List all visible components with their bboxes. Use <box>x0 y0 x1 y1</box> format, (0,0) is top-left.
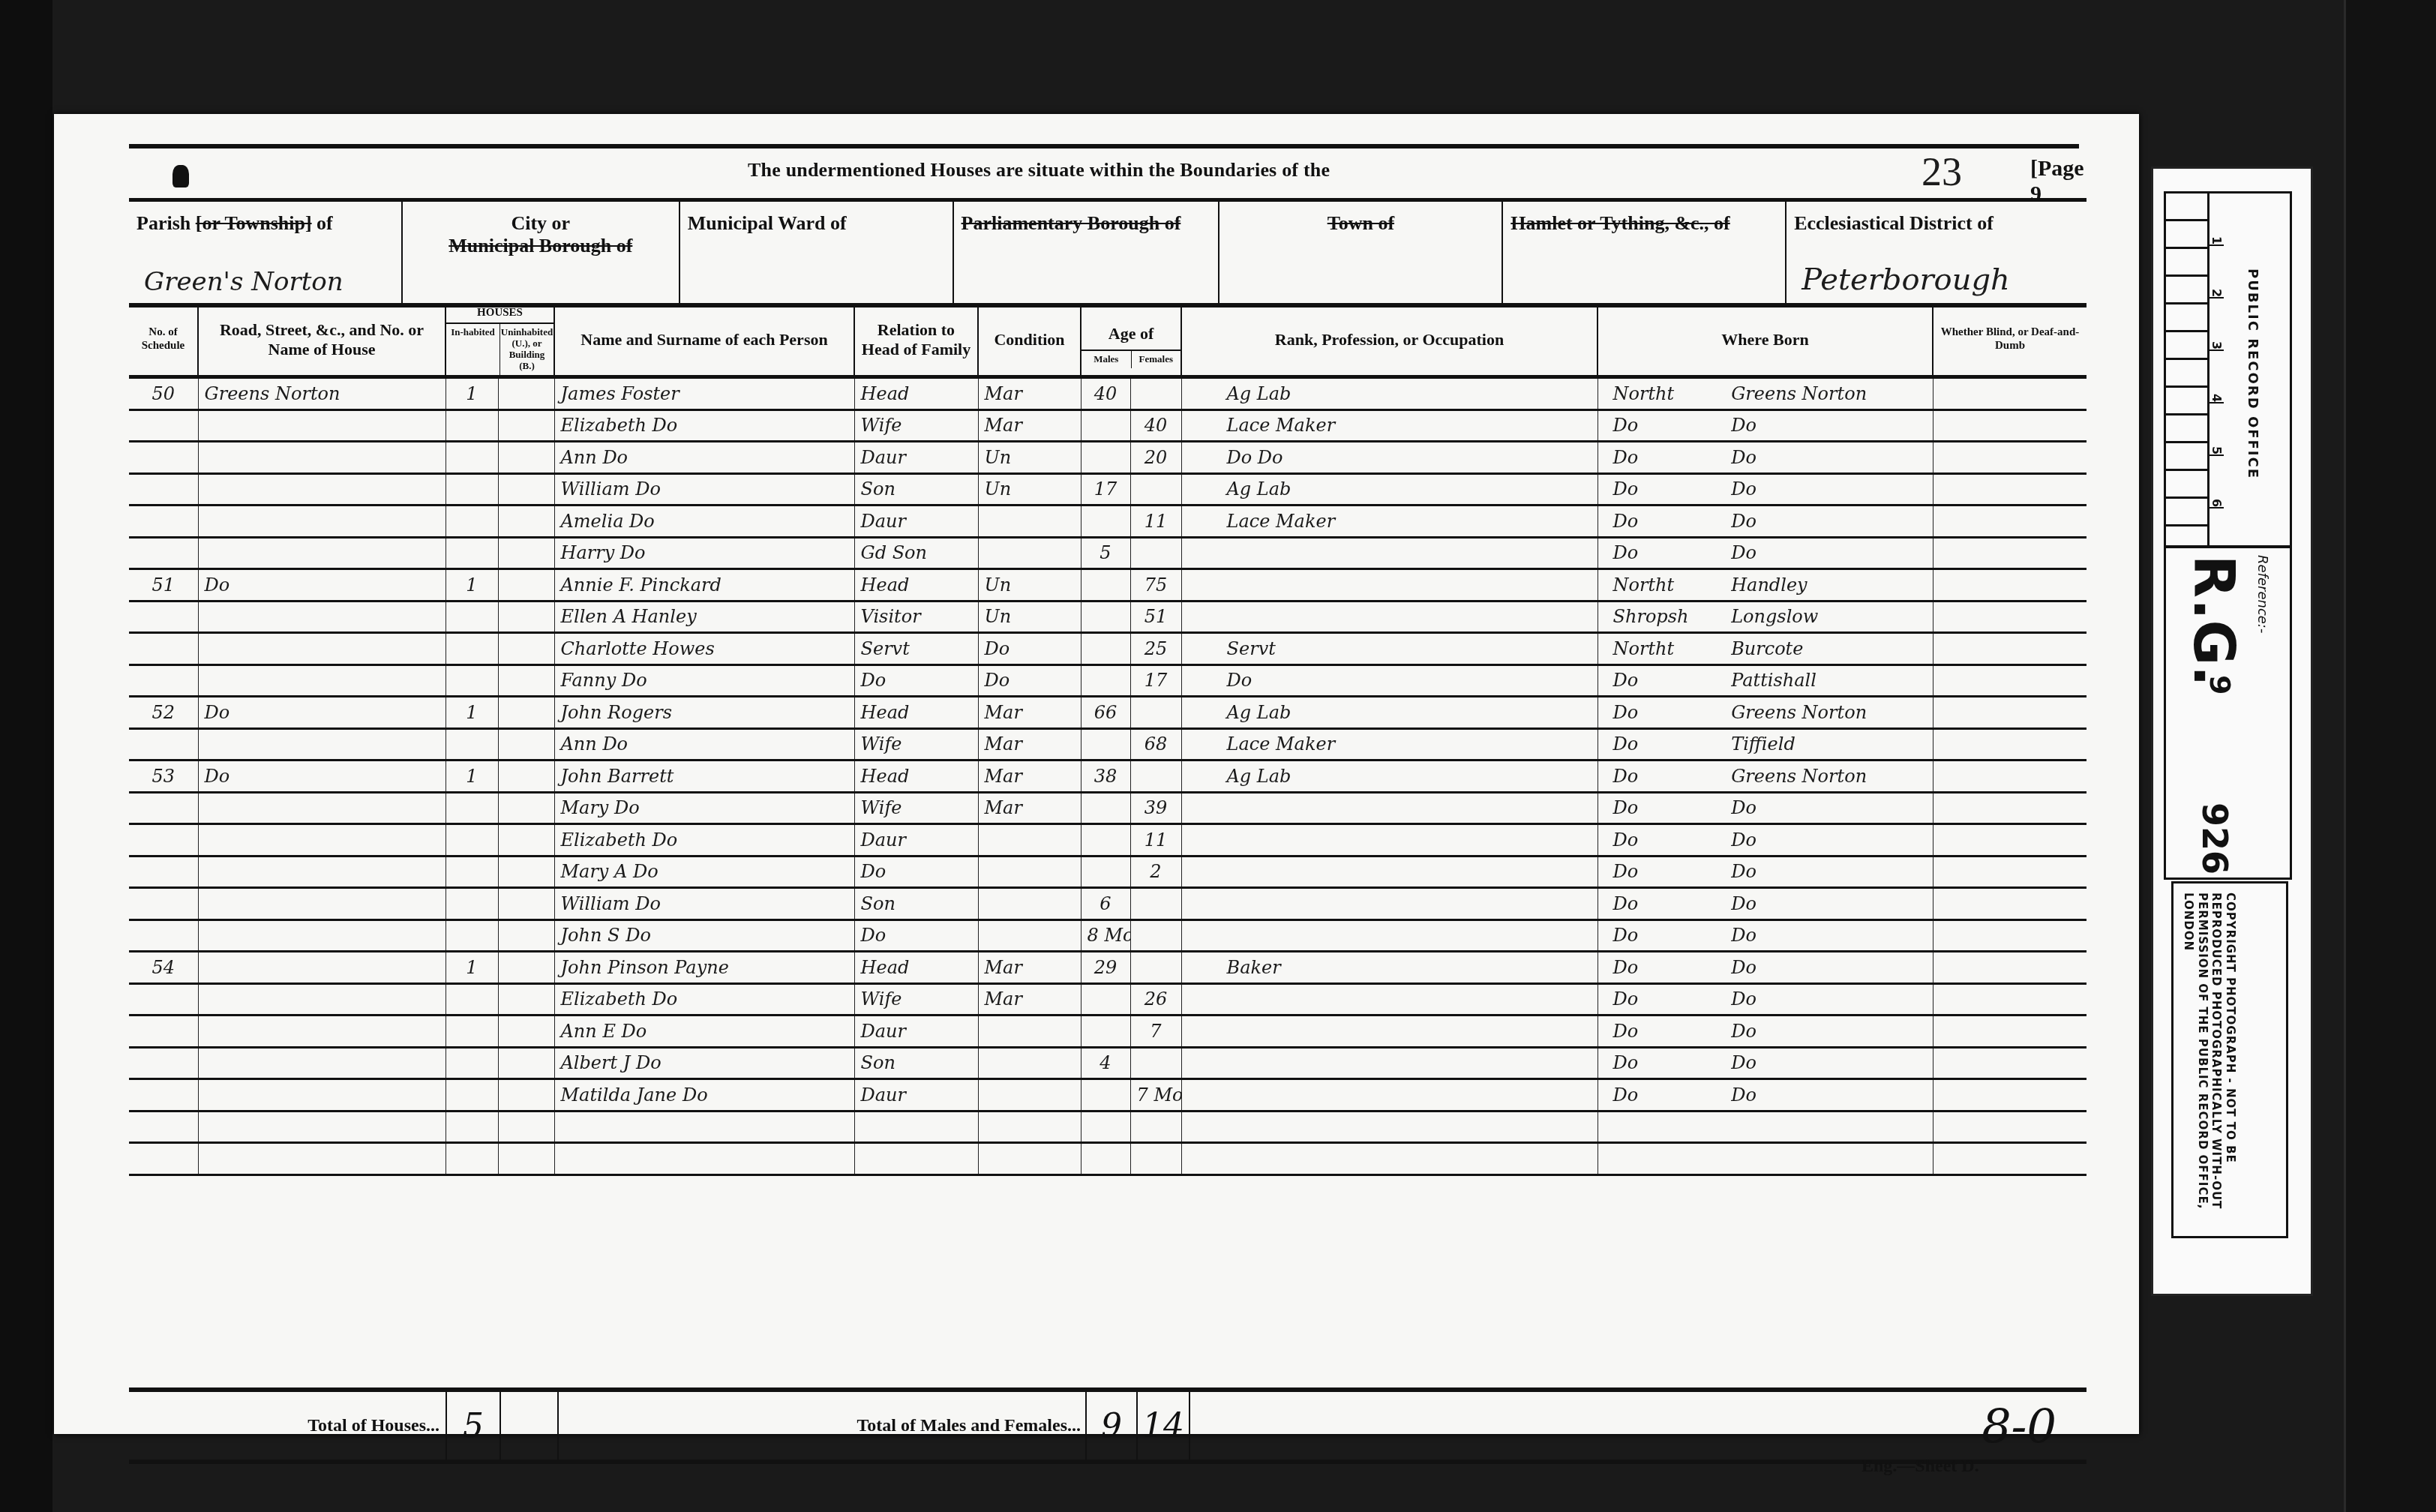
census-row: Ann E Do Daur 7 Do Do <box>129 1015 2086 1048</box>
cell-female-age <box>1130 952 1181 984</box>
ruler-number: 1 <box>2209 193 2224 246</box>
cell-born-county: Do <box>1613 893 1726 914</box>
cell-female-age: 11 <box>1130 824 1181 856</box>
cell-occupation: Ag Lab <box>1181 473 1597 505</box>
cell-male-age: 8 Months <box>1081 919 1130 952</box>
census-row: Ellen A Hanley Visitor Un 51 Shropsh Lon… <box>129 601 2086 633</box>
col-uninhabited: Uninhabited (U.), or Building (B.) <box>500 324 553 375</box>
census-row: Elizabeth Do Wife Mar 40 Lace Maker Do D… <box>129 409 2086 442</box>
cell-uninhabited <box>498 792 554 824</box>
reference-box: Reference:- R.G. 9 926 <box>2164 545 2292 880</box>
cell-female-age: 40 <box>1130 409 1181 442</box>
cell-inhabited <box>445 633 498 665</box>
cell-male-age <box>1081 569 1130 601</box>
cell-born-place: Do <box>1731 1052 1756 1073</box>
cell-inhabited: 1 <box>445 697 498 729</box>
eccl-value: Peterborough <box>1801 262 2010 297</box>
cell-uninhabited <box>498 1015 554 1048</box>
cell-blind <box>1933 473 2086 505</box>
cell-relation: Do <box>854 919 978 952</box>
cell-name: Ann Do <box>554 728 854 760</box>
parish-label: Parish [or Township] of <box>136 212 333 234</box>
film-edge-right <box>2344 0 2436 1512</box>
cell-condition: Mar <box>978 760 1081 793</box>
cell-uninhabited <box>498 601 554 633</box>
cell-uninhabited <box>498 473 554 505</box>
cell-road <box>198 601 445 633</box>
cell-inhabited <box>445 664 498 697</box>
cell-relation: Wife <box>854 409 978 442</box>
cell-name: Elizabeth Do <box>554 824 854 856</box>
cell-relation: Head <box>854 377 978 410</box>
col-name: Name and Surname of each Person <box>554 304 854 377</box>
census-table: No. of Schedule Road, Street, &c., and N… <box>129 304 2086 1176</box>
cell-schedule <box>129 505 198 538</box>
sheet-id: Eng.—Sheet D. <box>1861 1456 1979 1477</box>
cell-relation: Daur <box>854 824 978 856</box>
total-males-value: 9 <box>1101 1407 1122 1445</box>
cell-blind <box>1933 952 2086 984</box>
cell-name: Fanny Do <box>554 664 854 697</box>
reference-class: R.G. <box>2181 555 2245 686</box>
cell-inhabited <box>445 473 498 505</box>
census-row: John S Do Do 8 Months Do Do <box>129 919 2086 952</box>
cell-inhabited <box>445 1143 498 1175</box>
cell-relation: Daur <box>854 1079 978 1111</box>
cell-male-age <box>1081 1015 1130 1048</box>
census-row: Ann Do Wife Mar 68 Lace Maker Do Tiffiel… <box>129 728 2086 760</box>
cell-relation: Visitor <box>854 601 978 633</box>
town-label: Town of <box>1327 212 1394 234</box>
cell-inhabited <box>445 1079 498 1111</box>
ward-cell: Municipal Ward of <box>680 202 954 303</box>
cell-road: Greens Norton <box>198 377 445 410</box>
cell-schedule <box>129 1111 198 1143</box>
cell-uninhabited <box>498 633 554 665</box>
cell-born: Do Do <box>1597 824 1933 856</box>
cell-born-county: Do <box>1613 702 1726 723</box>
ward-label: Municipal Ward of <box>688 212 847 234</box>
cell-born-place: Do <box>1731 957 1756 978</box>
cell-blind <box>1933 1143 2086 1175</box>
census-row: 53 Do 1 John Barrett Head Mar 38 Ag Lab … <box>129 760 2086 793</box>
cell-male-age <box>1081 664 1130 697</box>
cell-inhabited <box>445 409 498 442</box>
cell-road <box>198 1015 445 1048</box>
cell-born-place: Do <box>1731 925 1756 946</box>
hamlet-cell: Hamlet or Tything, &c., of <box>1503 202 1786 303</box>
cell-blind <box>1933 856 2086 888</box>
page-title: The undermentioned Houses are situate wi… <box>748 159 1330 181</box>
city-label-top: City or <box>410 212 671 235</box>
cell-born-place: Do <box>1731 511 1756 532</box>
cell-born-county: Do <box>1613 447 1726 468</box>
cell-relation: Wife <box>854 983 978 1015</box>
cell-female-age <box>1130 1047 1181 1079</box>
cell-inhabited <box>445 728 498 760</box>
folio-number: 23 <box>1921 148 1962 195</box>
cell-male-age <box>1081 601 1130 633</box>
cell-occupation: Lace Maker <box>1181 409 1597 442</box>
cell-male-age: 38 <box>1081 760 1130 793</box>
cell-male-age <box>1081 983 1130 1015</box>
cell-uninhabited <box>498 1047 554 1079</box>
cell-born-place: Greens Norton <box>1731 383 1867 404</box>
cell-male-age <box>1081 824 1130 856</box>
cell-schedule <box>129 409 198 442</box>
cell-born-place: Do <box>1731 1084 1756 1105</box>
cell-schedule <box>129 442 198 474</box>
cell-road <box>198 1079 445 1111</box>
cell-born-county: Do <box>1613 415 1726 436</box>
cell-condition: Un <box>978 442 1081 474</box>
cell-female-age: 2 <box>1130 856 1181 888</box>
cell-condition: Mar <box>978 409 1081 442</box>
cell-schedule <box>129 1015 198 1048</box>
ruler-number: 4 <box>2209 351 2224 403</box>
cell-inhabited <box>445 505 498 538</box>
col-blind: Whether Blind, or Deaf-and-Dumb <box>1933 304 2086 377</box>
cell-inhabited <box>445 1047 498 1079</box>
cell-born: Do Do <box>1597 442 1933 474</box>
cell-born: Northt Handley <box>1597 569 1933 601</box>
cell-female-age: 7 Mo <box>1130 1079 1181 1111</box>
col-females: Females <box>1132 351 1181 368</box>
col-houses: HOUSES In-habited Uninhabited (U.), or B… <box>445 304 554 377</box>
cell-uninhabited <box>498 377 554 410</box>
cell-inhabited: 1 <box>445 952 498 984</box>
cell-road: Do <box>198 569 445 601</box>
ruler-label: PUBLIC RECORD OFFICE <box>2245 268 2260 479</box>
census-row: Albert J Do Son 4 Do Do <box>129 1047 2086 1079</box>
city-cell: City or Municipal Borough of <box>403 202 680 303</box>
cell-occupation <box>1181 792 1597 824</box>
cell-occupation: Lace Maker <box>1181 728 1597 760</box>
cell-road <box>198 856 445 888</box>
total-houses-label: Total of Houses... <box>307 1416 439 1435</box>
cell-occupation: Ag Lab <box>1181 760 1597 793</box>
cell-inhabited <box>445 1015 498 1048</box>
scale-ruler: 1 2 3 4 5 6 PUBLIC RECORD OFFICE <box>2164 191 2292 548</box>
cell-occupation <box>1181 919 1597 952</box>
boundary-row: Parish [or Township] of Green's Norton C… <box>129 198 2086 307</box>
cell-schedule <box>129 888 198 920</box>
cell-male-age <box>1081 792 1130 824</box>
cell-schedule <box>129 792 198 824</box>
cell-female-age <box>1130 919 1181 952</box>
cell-blind <box>1933 728 2086 760</box>
cell-condition: Mar <box>978 792 1081 824</box>
census-row: Amelia Do Daur 11 Lace Maker Do Do <box>129 505 2086 538</box>
cell-blind <box>1933 983 2086 1015</box>
cell-name: Amelia Do <box>554 505 854 538</box>
cell-road <box>198 888 445 920</box>
cell-condition <box>978 1047 1081 1079</box>
cell-inhabited <box>445 792 498 824</box>
cell-occupation <box>1181 537 1597 569</box>
census-row: Harry Do Gd Son 5 Do Do <box>129 537 2086 569</box>
cell-born: Do Pattishall <box>1597 664 1933 697</box>
cell-born-place: Do <box>1731 542 1756 563</box>
copyright-notice: COPYRIGHT PHOTOGRAPH - NOT TO BE REPRODU… <box>2181 892 2237 1236</box>
cell-name <box>554 1111 854 1143</box>
cell-occupation <box>1181 601 1597 633</box>
cell-female-age: 7 <box>1130 1015 1181 1048</box>
census-rows: 50 Greens Norton 1 James Foster Head Mar… <box>129 377 2086 1175</box>
cell-relation: Son <box>854 1047 978 1079</box>
cell-born: Do Do <box>1597 1079 1933 1111</box>
cell-born-place: Do <box>1731 829 1756 850</box>
cell-uninhabited <box>498 409 554 442</box>
cell-born-county: Northt <box>1613 574 1726 595</box>
cell-female-age <box>1130 697 1181 729</box>
cell-inhabited <box>445 919 498 952</box>
cell-condition <box>978 1111 1081 1143</box>
census-row: Mary Do Wife Mar 39 Do Do <box>129 792 2086 824</box>
cell-female-age <box>1130 1111 1181 1143</box>
cell-schedule <box>129 1079 198 1111</box>
cell-female-age <box>1130 1143 1181 1175</box>
total-houses-value: 5 <box>463 1407 484 1445</box>
cell-condition <box>978 1143 1081 1175</box>
cell-road <box>198 728 445 760</box>
cell-relation: Head <box>854 952 978 984</box>
col-schedule: No. of Schedule <box>129 304 198 377</box>
cell-inhabited: 1 <box>445 760 498 793</box>
cell-name: John Barrett <box>554 760 854 793</box>
city-label-bottom: Municipal Borough of <box>410 235 671 257</box>
ruler-numbers: 1 2 3 4 5 6 <box>2209 193 2245 546</box>
cell-condition: Mar <box>978 952 1081 984</box>
cell-road <box>198 664 445 697</box>
cell-inhabited <box>445 1111 498 1143</box>
col-inhabited: In-habited <box>446 324 500 375</box>
cell-male-age: 4 <box>1081 1047 1130 1079</box>
cell-born-place: Do <box>1731 988 1756 1009</box>
cell-condition <box>978 1079 1081 1111</box>
cell-road <box>198 473 445 505</box>
cell-born: Northt Burcote <box>1597 633 1933 665</box>
cell-road <box>198 792 445 824</box>
cell-born-place: Do <box>1731 797 1756 818</box>
cell-occupation <box>1181 1143 1597 1175</box>
title-row: The undermentioned Houses are situate wi… <box>129 144 2079 201</box>
cell-uninhabited <box>498 505 554 538</box>
col-relation: Relation to Head of Family <box>854 304 978 377</box>
cell-name: Albert J Do <box>554 1047 854 1079</box>
cell-blind <box>1933 697 2086 729</box>
cell-born-county: Do <box>1613 829 1726 850</box>
cell-occupation <box>1181 1047 1597 1079</box>
col-males: Males <box>1081 351 1132 368</box>
cell-uninhabited <box>498 697 554 729</box>
cell-uninhabited <box>498 888 554 920</box>
census-row: William Do Son Un 17 Ag Lab Do Do <box>129 473 2086 505</box>
cell-name: Charlotte Howes <box>554 633 854 665</box>
cell-born: Do Do <box>1597 537 1933 569</box>
cell-occupation <box>1181 1079 1597 1111</box>
cell-occupation <box>1181 1111 1597 1143</box>
cell-occupation <box>1181 888 1597 920</box>
cell-occupation: Ag Lab <box>1181 697 1597 729</box>
cell-blind <box>1933 1015 2086 1048</box>
cell-born-county: Do <box>1613 766 1726 787</box>
cell-uninhabited <box>498 1079 554 1111</box>
cell-name: Harry Do <box>554 537 854 569</box>
cell-occupation <box>1181 856 1597 888</box>
hamlet-label: Hamlet or Tything, &c., of <box>1510 212 1729 234</box>
cell-male-age <box>1081 505 1130 538</box>
cell-born: Do Do <box>1597 1015 1933 1048</box>
cell-condition: Un <box>978 601 1081 633</box>
cell-blind <box>1933 633 2086 665</box>
cell-male-age: 40 <box>1081 377 1130 410</box>
col-road: Road, Street, &c., and No. or Name of Ho… <box>198 304 445 377</box>
eccl-district-cell: Ecclesiastical District of Peterborough <box>1786 202 2086 303</box>
cell-name: Mary Do <box>554 792 854 824</box>
cell-born-county: Do <box>1613 861 1726 882</box>
header-row: No. of Schedule Road, Street, &c., and N… <box>129 304 2086 377</box>
cell-uninhabited <box>498 1111 554 1143</box>
cell-schedule <box>129 537 198 569</box>
cell-born-place: Do <box>1731 893 1756 914</box>
cell-born-place: Do <box>1731 1021 1756 1042</box>
cell-condition: Mar <box>978 728 1081 760</box>
cell-condition <box>978 505 1081 538</box>
cell-schedule: 53 <box>129 760 198 793</box>
cell-condition <box>978 537 1081 569</box>
cell-road <box>198 824 445 856</box>
cell-born <box>1597 1111 1933 1143</box>
ruler-ticks <box>2166 193 2209 546</box>
cell-born-county: Do <box>1613 797 1726 818</box>
cell-name: John Rogers <box>554 697 854 729</box>
cell-relation: Wife <box>854 728 978 760</box>
cell-inhabited <box>445 983 498 1015</box>
cell-condition <box>978 919 1081 952</box>
ruler-number: 6 <box>2209 456 2224 508</box>
parl-borough-label: Parliamentary Borough of <box>961 212 1181 234</box>
cell-male-age <box>1081 728 1130 760</box>
cell-born: Do Do <box>1597 1047 1933 1079</box>
cell-condition: Mar <box>978 983 1081 1015</box>
cell-road <box>198 409 445 442</box>
cell-male-age <box>1081 442 1130 474</box>
census-row: Fanny Do Do Do 17 Do Do Pattishall <box>129 664 2086 697</box>
cell-inhabited <box>445 442 498 474</box>
age-label: Age of <box>1081 310 1180 349</box>
cell-condition <box>978 888 1081 920</box>
cell-blind <box>1933 824 2086 856</box>
cell-blind <box>1933 664 2086 697</box>
cell-born-county: Do <box>1613 670 1726 691</box>
cell-blind <box>1933 377 2086 410</box>
cell-female-age: 68 <box>1130 728 1181 760</box>
cell-road <box>198 505 445 538</box>
cell-name: Mary A Do <box>554 856 854 888</box>
cell-male-age: 17 <box>1081 473 1130 505</box>
cell-schedule <box>129 1143 198 1175</box>
cell-road <box>198 1111 445 1143</box>
cell-inhabited <box>445 824 498 856</box>
cell-uninhabited <box>498 983 554 1015</box>
cell-occupation: Lace Maker <box>1181 505 1597 538</box>
cell-born-place: Greens Norton <box>1731 702 1867 723</box>
total-persons-label: Total of Males and Females... <box>857 1416 1081 1435</box>
cell-relation: Daur <box>854 505 978 538</box>
cell-condition: Un <box>978 569 1081 601</box>
col-condition: Condition <box>978 304 1081 377</box>
total-females-value: 14 <box>1142 1407 1184 1445</box>
cell-condition <box>978 1015 1081 1048</box>
cell-condition: Un <box>978 473 1081 505</box>
cell-name: Ann Do <box>554 442 854 474</box>
cell-born-county: Do <box>1613 925 1726 946</box>
cell-condition: Mar <box>978 377 1081 410</box>
cell-schedule <box>129 664 198 697</box>
cell-blind <box>1933 409 2086 442</box>
parish-cell: Parish [or Township] of Green's Norton <box>129 202 403 303</box>
cell-male-age: 5 <box>1081 537 1130 569</box>
cell-name: Matilda Jane Do <box>554 1079 854 1111</box>
cell-born-county: Do <box>1613 733 1726 754</box>
cell-female-age: 11 <box>1130 505 1181 538</box>
cell-relation <box>854 1111 978 1143</box>
cell-male-age <box>1081 1111 1130 1143</box>
cell-born-place: Do <box>1731 447 1756 468</box>
cell-born-place: Do <box>1731 478 1756 499</box>
cell-female-age: 39 <box>1130 792 1181 824</box>
cell-road <box>198 442 445 474</box>
cell-born-county: Do <box>1613 1084 1726 1105</box>
cell-male-age <box>1081 1079 1130 1111</box>
cell-relation: Son <box>854 473 978 505</box>
cell-occupation: Do <box>1181 664 1597 697</box>
cell-road <box>198 1143 445 1175</box>
cell-relation: Head <box>854 697 978 729</box>
houses-label: HOUSES <box>446 304 553 322</box>
cell-blind <box>1933 537 2086 569</box>
archive-reference-strip: 1 2 3 4 5 6 PUBLIC RECORD OFFICE Referen… <box>2151 166 2313 1296</box>
cell-name: John Pinson Payne <box>554 952 854 984</box>
cell-born: Do Do <box>1597 919 1933 952</box>
cell-name: William Do <box>554 473 854 505</box>
cell-born-county: Northt <box>1613 383 1726 404</box>
cell-inhabited <box>445 856 498 888</box>
cell-born-county: Do <box>1613 478 1726 499</box>
col-born: Where Born <box>1597 304 1933 377</box>
cell-occupation: Do Do <box>1181 442 1597 474</box>
cell-uninhabited <box>498 537 554 569</box>
col-age: Age of Males Females <box>1081 304 1181 377</box>
ruler-number: 5 <box>2209 403 2224 456</box>
cell-relation: Wife <box>854 792 978 824</box>
cell-schedule: 50 <box>129 377 198 410</box>
cell-born-place: Burcote <box>1731 638 1803 659</box>
cell-name <box>554 1143 854 1175</box>
cell-uninhabited <box>498 919 554 952</box>
cell-blind <box>1933 888 2086 920</box>
cell-female-age: 25 <box>1130 633 1181 665</box>
cell-name: Annie F. Pinckard <box>554 569 854 601</box>
cell-relation: Head <box>854 569 978 601</box>
cell-uninhabited <box>498 952 554 984</box>
cell-born-place: Greens Norton <box>1731 766 1867 787</box>
cell-born: Do Greens Norton <box>1597 697 1933 729</box>
cell-name: Ellen A Hanley <box>554 601 854 633</box>
cell-blind <box>1933 601 2086 633</box>
cell-schedule <box>129 919 198 952</box>
